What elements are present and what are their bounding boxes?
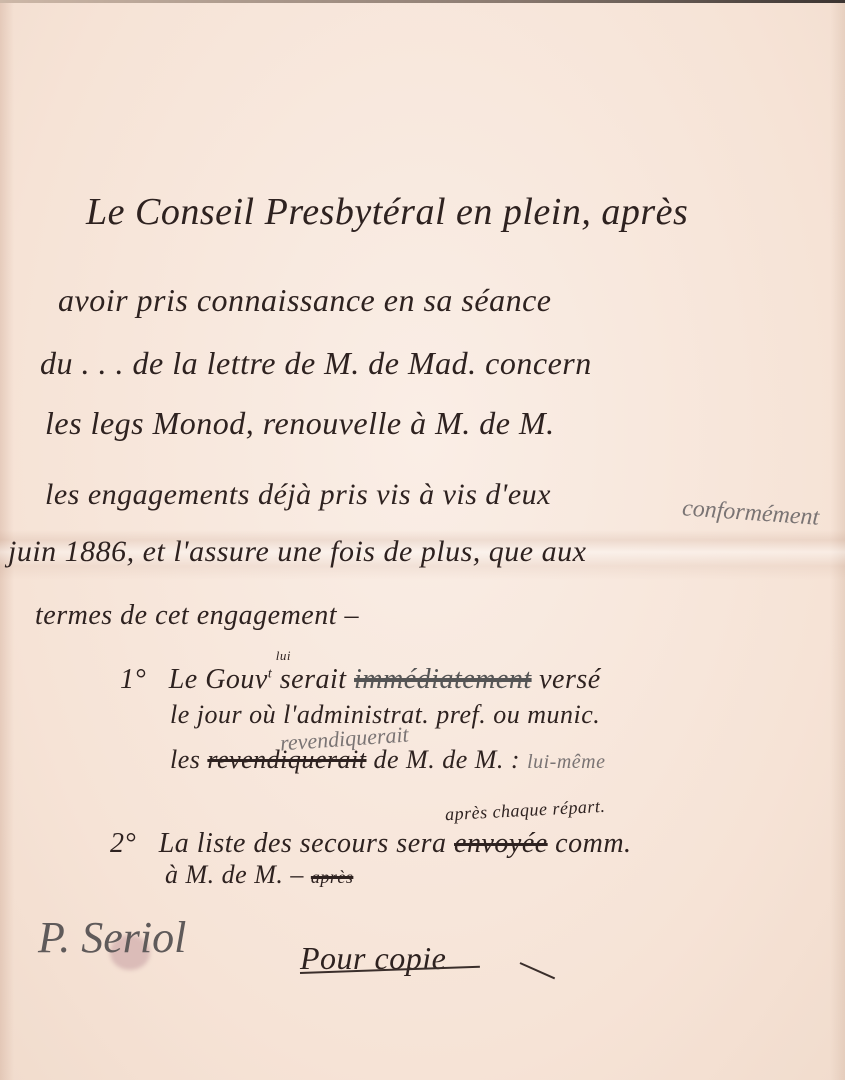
article-2-number: 2° [110,828,136,859]
text-line-1: Le Conseil Presbytéral en plein, après [86,190,688,234]
text-line-2: avoir pris connaissance en sa séance [58,282,551,319]
page-top-edge [0,0,845,3]
article-2-line-2-struck: après [311,867,354,887]
article-1-line-3-prefix: les [170,745,200,774]
article-1-subject: Le Gouv [169,664,268,695]
article-2-line-2-text: à M. de M. – [165,860,304,889]
text-line-7: termes de cet engagement – [35,600,359,632]
article-1-pencil-lui-meme: lui-même [527,751,605,773]
pencil-annotation-conformement: conformément [681,495,820,532]
article-1-struck-word: immédiatement [354,664,532,695]
article-1-line-3-rest: de M. de M. : [374,745,521,774]
text-line-6: juin 1886, et l'assure une fois de plus,… [8,535,586,569]
article-1-line-3-struck: revendiquerait [207,745,366,774]
article-2-insertion: après chaque répart. [445,796,606,825]
article-2-line-1: 2° La liste des secours sera envoyée com… [110,828,632,860]
article-1-superscript: t [268,667,272,682]
article-1-end: versé [539,664,601,695]
signature-flourish [520,962,556,979]
article-1-number: 1° [120,664,146,695]
text-line-5: les engagements déjà pris vis à vis d'eu… [45,478,551,512]
manuscript-page: Le Conseil Presbytéral en plein, après a… [0,0,845,1080]
article-2-end: comm. [555,828,631,859]
article-2-struck-word: envoyée [454,828,548,859]
article-1-verb: serait [280,664,347,695]
article-1-line-1: 1° Le Gouvt lui serait immédiatement ver… [120,664,601,696]
article-2-text: La liste des secours sera [159,828,447,859]
article-2-line-2: à M. de M. – après [165,860,353,890]
text-line-4: les legs Monod, renouvelle à M. de M. [45,405,555,442]
signature-left: P. Seriol [38,912,186,963]
text-line-3: du . . . de la lettre de M. de Mad. conc… [40,345,592,382]
article-1-line-3: les revendiquerait de M. de M. : lui-mêm… [170,745,605,775]
article-1-insertion-lui: lui [276,648,291,664]
